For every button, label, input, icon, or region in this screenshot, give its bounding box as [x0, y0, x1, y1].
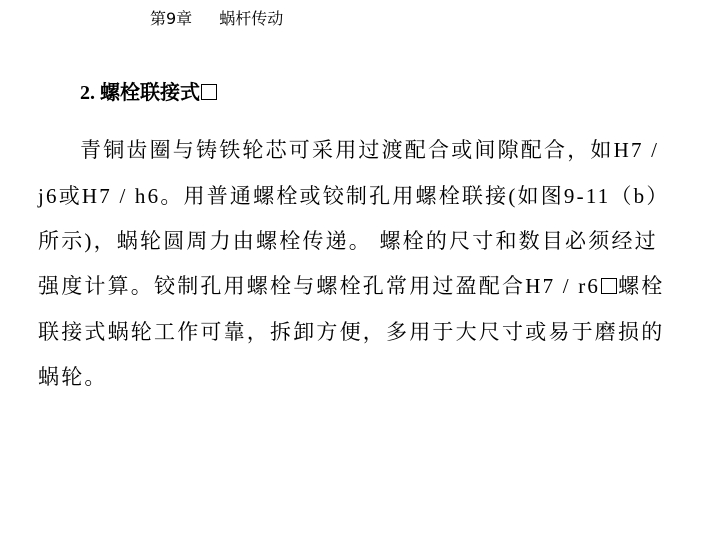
paragraph-line: 蜗轮。 — [38, 363, 108, 391]
section-heading-text: 2. 螺栓联接式 — [80, 82, 200, 104]
page-header: 第9章 蜗杆传动 — [150, 9, 283, 29]
chapter-number: 第9章 — [150, 9, 192, 29]
missing-glyph-box-icon — [201, 84, 217, 100]
missing-glyph-box-icon — [601, 278, 617, 294]
paragraph-line-part: 螺栓 — [618, 274, 664, 298]
paragraph-line: 所示)，蜗轮圆周力由螺栓传递。 螺栓的尺寸和数目必须经过 — [38, 227, 658, 255]
section-heading: 2. 螺栓联接式 — [80, 80, 218, 106]
chapter-title: 蜗杆传动 — [219, 9, 283, 29]
paragraph-line: 联接式蜗轮工作可靠，拆卸方便，多用于大尺寸或易于磨损的 — [38, 318, 664, 346]
paragraph-line: j6或H7 / h6。用普通螺栓或铰制孔用螺栓联接(如图9-11（b） — [38, 182, 670, 210]
paragraph-line-part: 强度计算。铰制孔用螺栓与螺栓孔常用过盈配合H7 / r6 — [38, 274, 600, 298]
paragraph-line: 强度计算。铰制孔用螺栓与螺栓孔常用过盈配合H7 / r6螺栓 — [38, 272, 665, 300]
paragraph-line: 青铜齿圈与铸铁轮芯可采用过渡配合或间隙配合，如H7 / — [80, 136, 659, 164]
